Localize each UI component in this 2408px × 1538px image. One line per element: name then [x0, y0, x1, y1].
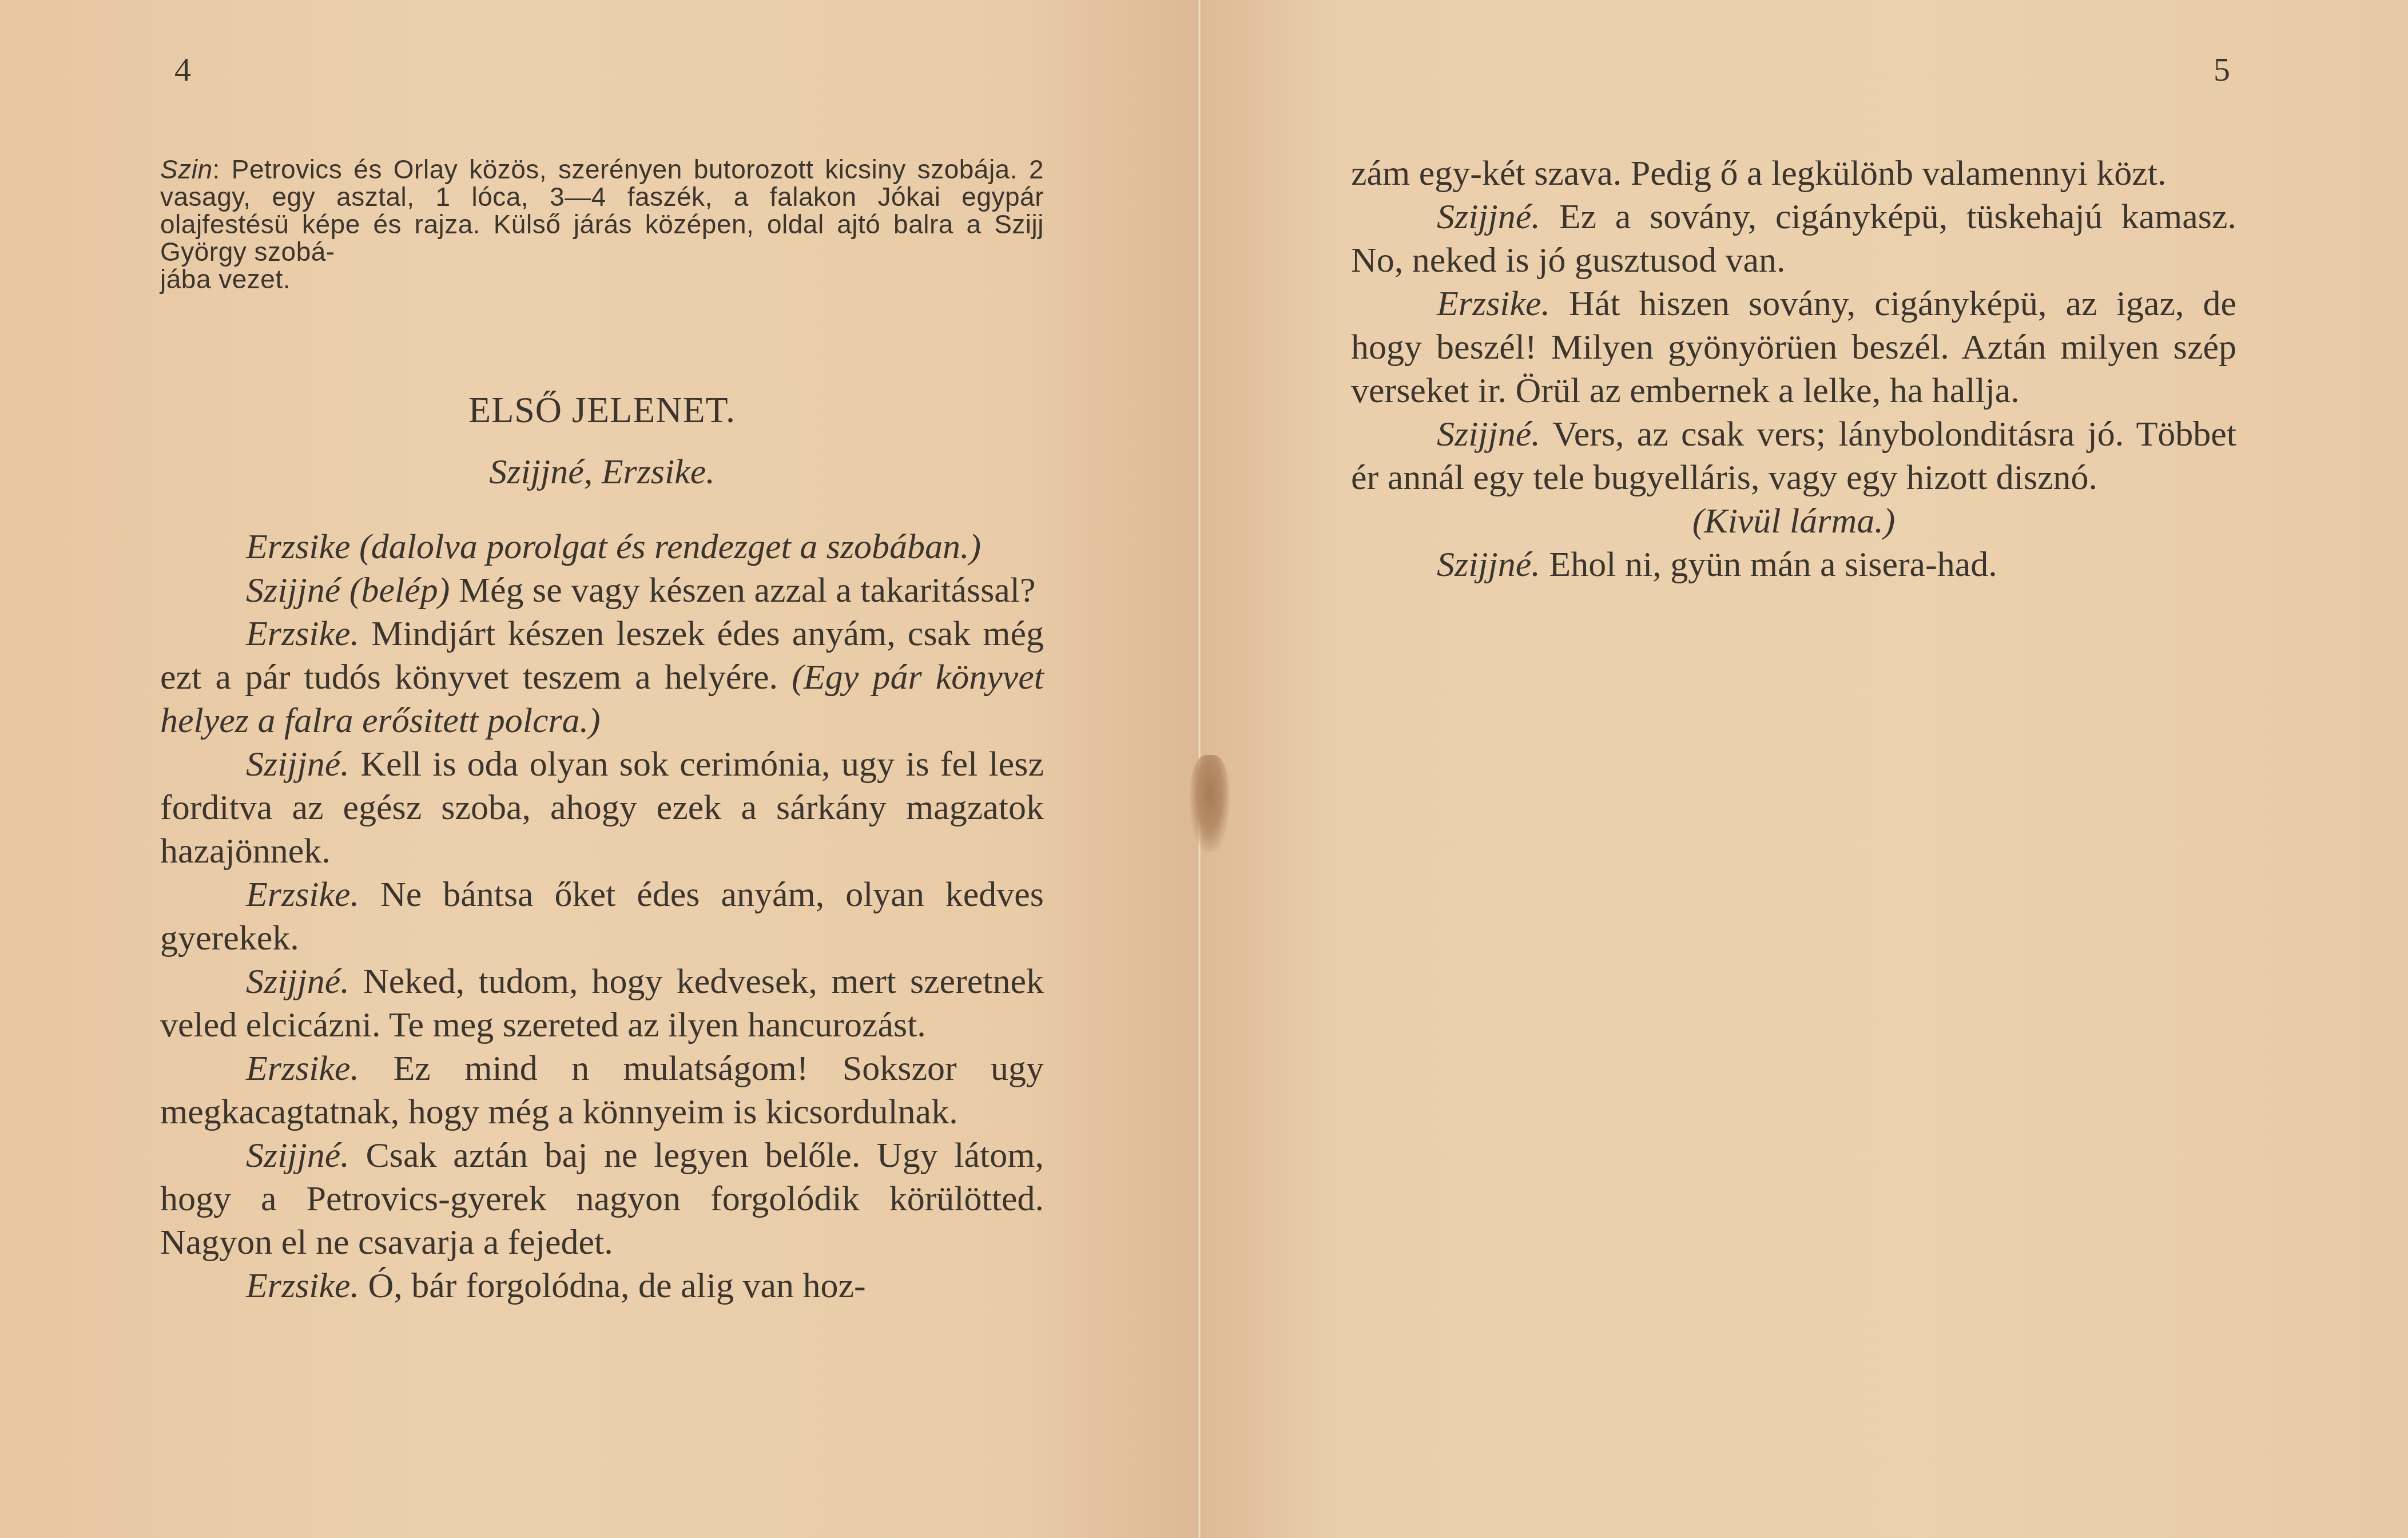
speech: Ehol ni, gyün mán a sisera-had.: [1540, 545, 1997, 584]
speaker: Szijjné.: [246, 962, 349, 1001]
stage-text: : Petrovics és Orlay közös, szerényen bu…: [160, 154, 1044, 267]
page-number-left: 4: [174, 50, 191, 89]
speaker: Erzsike: [246, 527, 351, 566]
dialogue-line: Szijjné. Ez a sovány, cigányképü, tüskeh…: [1351, 195, 2236, 282]
speaker: Erzsike.: [246, 614, 359, 653]
direction: (dalolva porolgat és rendezget a szobába…: [351, 527, 982, 566]
speaker: Szijjné.: [246, 745, 349, 784]
speech: Még se vagy készen azzal a takaritással?: [450, 571, 1035, 610]
speech: Ó, bár forgolódna, de alig van hoz-: [359, 1266, 866, 1305]
stage-direction: Szin: Petrovics és Orlay közös, szerénye…: [160, 156, 1044, 293]
dialogue-left: Erzsike (dalolva porolgat és rendezget a…: [160, 525, 1044, 1308]
dialogue-continuation: zám egy-két szava. Pedig ő a legkülönb v…: [1351, 152, 2236, 195]
speaker: Szijjné: [246, 571, 340, 610]
dialogue-line: Szijjné. Csak aztán baj ne legyen belőle…: [160, 1134, 1044, 1264]
dialogue-line: Erzsike. Mindjárt készen leszek édes any…: [160, 612, 1044, 742]
speech: zám egy-két szava. Pedig ő a legkülönb v…: [1351, 154, 2167, 193]
speaker: Szijjné.: [1437, 197, 1540, 236]
dialogue-line: Erzsike. Hát hiszen sovány, cigányképü, …: [1351, 282, 2236, 412]
dialogue-line: Szijjné. Neked, tudom, hogy kedvesek, me…: [160, 960, 1044, 1047]
speaker: Szijjné.: [1437, 415, 1540, 454]
speaker: Szijjné.: [246, 1136, 349, 1175]
speaker: Erzsike.: [246, 875, 359, 914]
dialogue-right: zám egy-két szava. Pedig ő a legkülönb v…: [1351, 152, 2236, 586]
dialogue-line: Erzsike. Ez mind n mulatságom! Sokszor u…: [160, 1047, 1044, 1134]
dialogue-line: Szijjné. Vers, az csak vers; lánybolondi…: [1351, 412, 2236, 499]
stage-note: (Kivül lárma.): [1351, 499, 2236, 543]
speaker: Szijjné.: [1437, 545, 1540, 584]
dialogue-line: Szijjné. Kell is oda olyan sok cerimónia…: [160, 742, 1044, 873]
speaker: Erzsike.: [246, 1266, 359, 1305]
cast-list: Szijjné, Erzsike.: [160, 452, 1044, 492]
dialogue-line: Szijjné (belép) Még se vagy készen azzal…: [160, 569, 1044, 612]
stage-label: Szin: [160, 154, 212, 184]
direction: (belép): [340, 571, 450, 610]
binding-stain: [1190, 755, 1230, 852]
page-number-right: 5: [2214, 50, 2230, 89]
dialogue-line: Erzsike. Ne bántsa őket édes anyám, olya…: [160, 873, 1044, 960]
speaker: Erzsike.: [1437, 284, 1550, 323]
speaker: Erzsike.: [246, 1049, 359, 1088]
dialogue-line: Erzsike. Ó, bár forgolódna, de alig van …: [160, 1264, 1044, 1308]
scene-title: ELSŐ JELENET.: [160, 389, 1044, 431]
stage-last-line: jába vezet.: [160, 265, 1044, 293]
dialogue-line: Erzsike (dalolva porolgat és rendezget a…: [160, 525, 1044, 569]
dialogue-line: Szijjné. Ehol ni, gyün mán a sisera-had.: [1351, 543, 2236, 586]
